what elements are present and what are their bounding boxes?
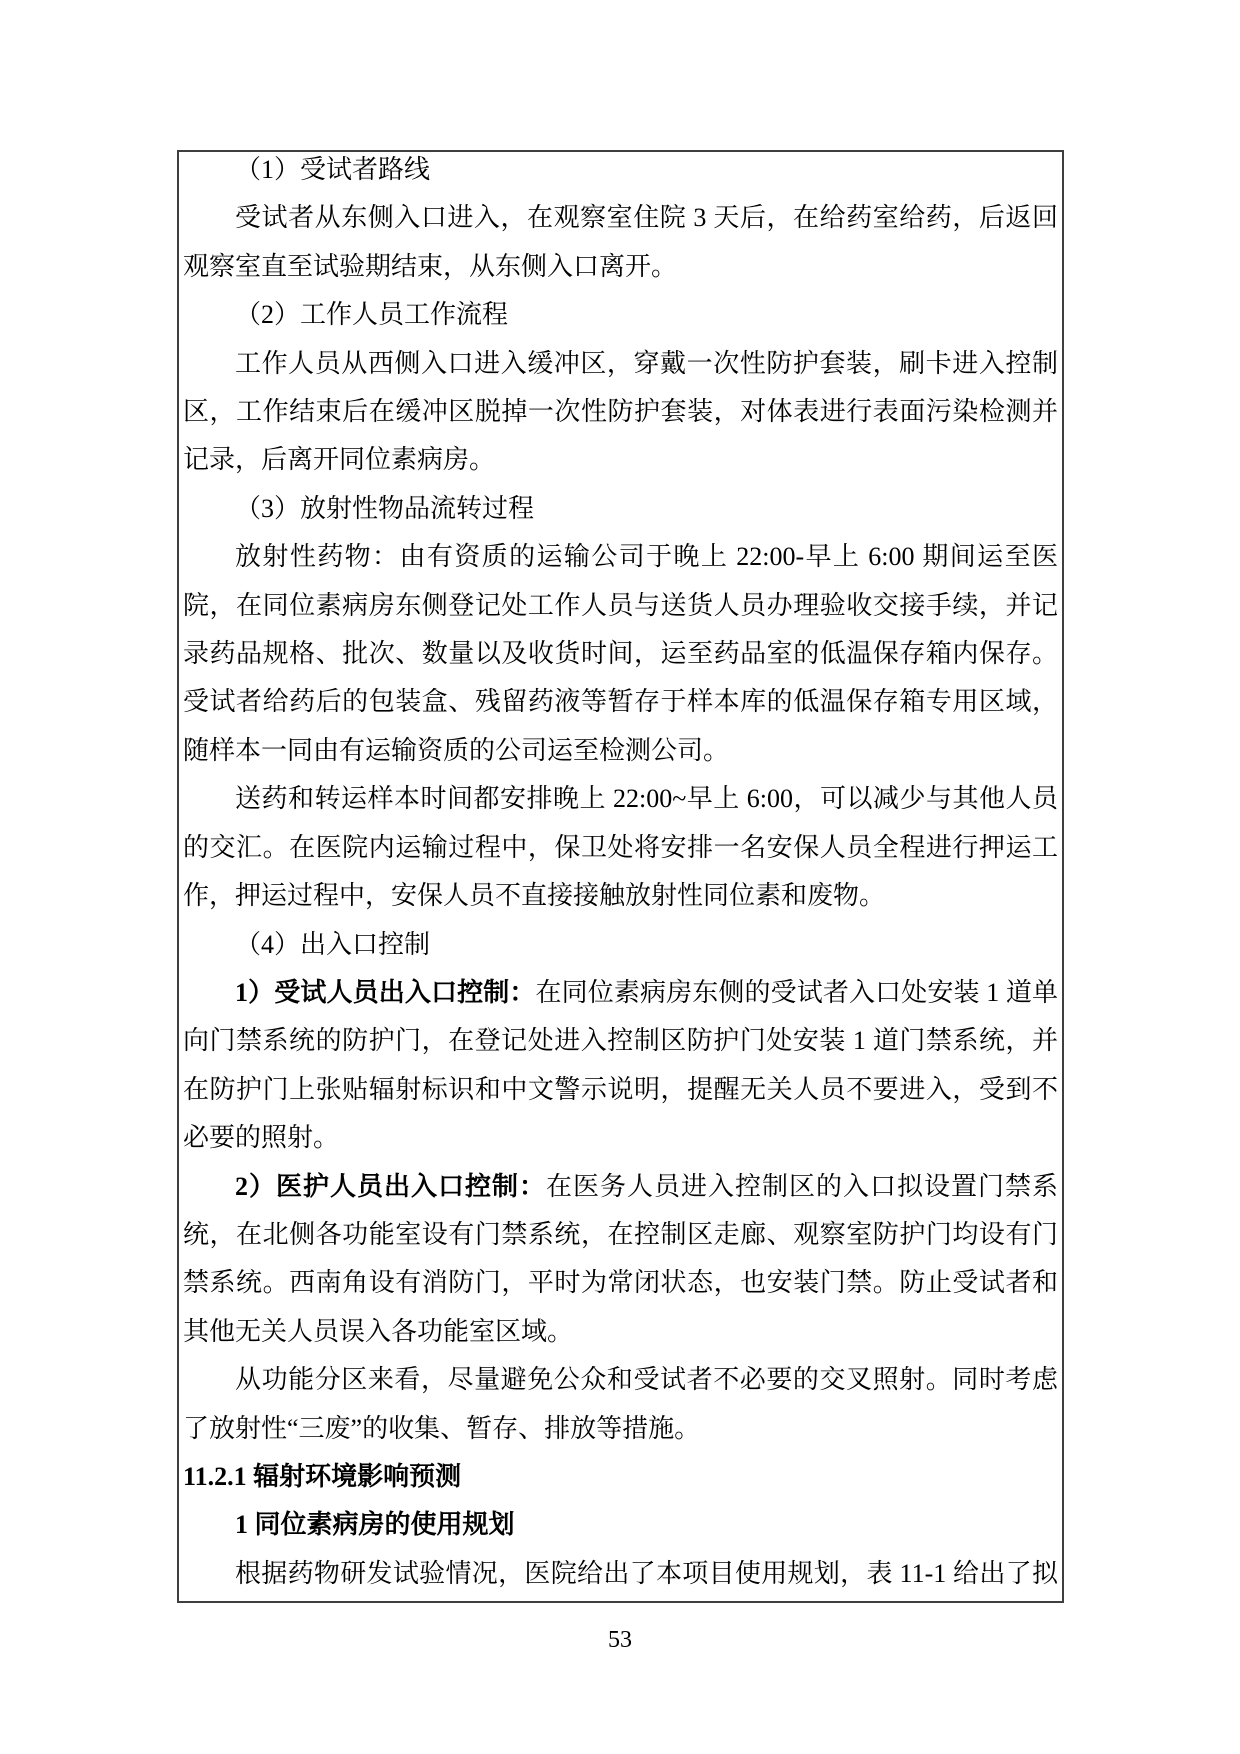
- bold-lead-subject-access: 1）受试人员出入口控制：: [235, 978, 536, 1007]
- paragraph-usage-plan-intro: 根据药物研发试验情况，医院给出了本项目使用规划，表 11-1 给出了拟使: [183, 1550, 1058, 1603]
- document-page: （1）受试者路线 受试者从东侧入口进入，在观察室住院 3 天后，在给药室给药，后…: [0, 0, 1240, 1754]
- heading-subject-route: （1）受试者路线: [183, 150, 1058, 194]
- paragraph-subject-access-control: 1）受试人员出入口控制：在同位素病房东侧的受试者入口处安装 1 道单向门禁系统的…: [183, 969, 1058, 1163]
- page-number: 53: [0, 1626, 1240, 1654]
- heading-radioactive-item-flow: （3）放射性物品流转过程: [183, 485, 1058, 533]
- paragraph-staff-workflow: 工作人员从西侧入口进入缓冲区，穿戴一次性防护套装，刷卡进入控制区，工作结束后在缓…: [183, 340, 1058, 485]
- paragraph-radioactive-drug: 放射性药物：由有资质的运输公司于晚上 22:00-早上 6:00 期间运至医院，…: [183, 533, 1058, 775]
- paragraph-transport-time: 送药和转运样本时间都安排晚上 22:00~早上 6:00，可以减少与其他人员的交…: [183, 775, 1058, 920]
- content-border-box: （1）受试者路线 受试者从东侧入口进入，在观察室住院 3 天后，在给药室给药，后…: [177, 150, 1064, 1603]
- paragraph-zoning-summary: 从功能分区来看，尽量避免公众和受试者不必要的交叉照射。同时考虑了放射性“三废”的…: [183, 1356, 1058, 1453]
- paragraph-staff-access-control: 2）医护人员出入口控制：在医务人员进入控制区的入口拟设置门禁系统，在北侧各功能室…: [183, 1163, 1058, 1357]
- heading-access-control: （4）出入口控制: [183, 921, 1058, 969]
- sub-heading-isotope-ward-plan: 1 同位素病房的使用规划: [183, 1501, 1058, 1549]
- heading-staff-workflow: （2）工作人员工作流程: [183, 291, 1058, 339]
- paragraph-subject-route: 受试者从东侧入口进入，在观察室住院 3 天后，在给药室给药，后返回观察室直至试验…: [183, 194, 1058, 291]
- bold-lead-staff-access: 2）医护人员出入口控制：: [235, 1172, 546, 1201]
- section-heading-radiation-prediction: 11.2.1 辐射环境影响预测: [183, 1453, 1058, 1501]
